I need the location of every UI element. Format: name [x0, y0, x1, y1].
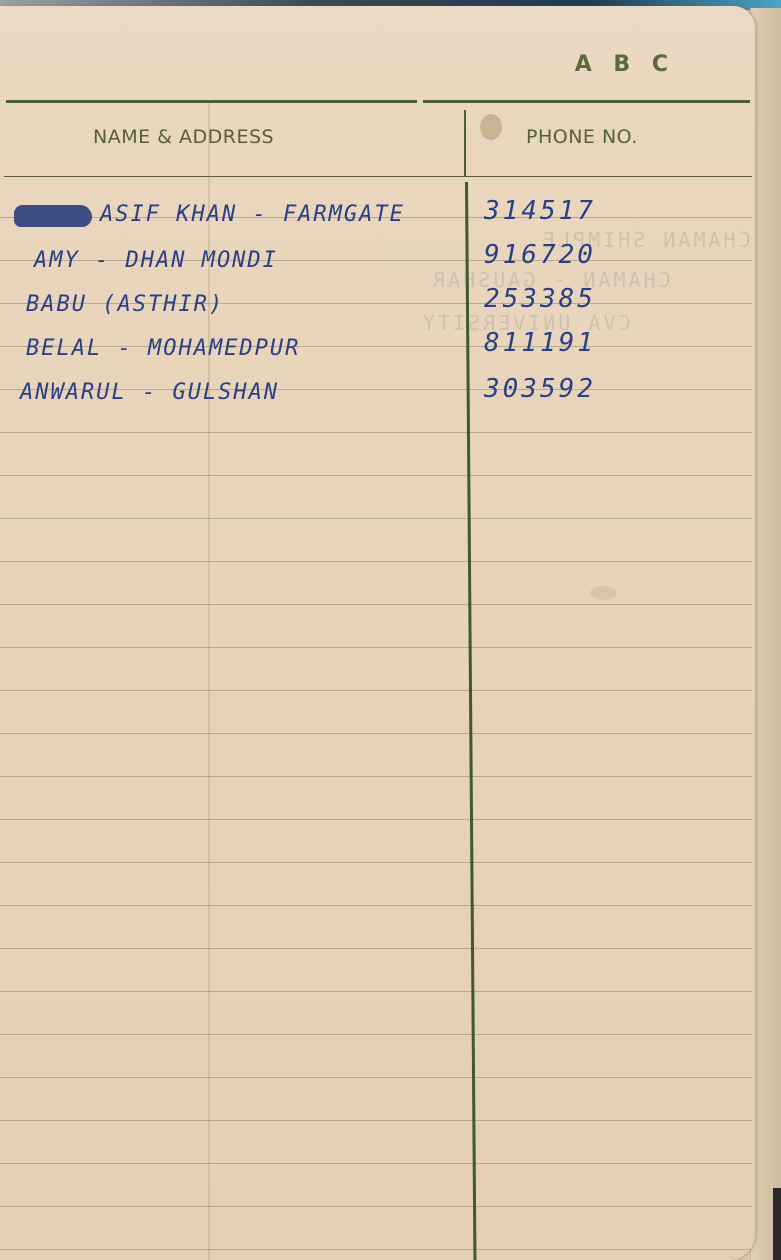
- entry-name: ASIF KHAN - FARMGATE: [100, 202, 405, 227]
- ruled-line: [0, 905, 752, 906]
- stain: [480, 114, 502, 140]
- stain: [590, 586, 616, 600]
- ruled-line: [0, 518, 752, 519]
- column-divider: [465, 182, 476, 1260]
- header-column-divider: [464, 110, 466, 176]
- entry-phone: 303592: [484, 374, 596, 404]
- entry-name: BABU (ASTHIR): [26, 292, 224, 317]
- entry-name: ANWARUL - GULSHAN: [20, 380, 279, 405]
- ruled-line: [0, 776, 752, 777]
- ruled-line: [0, 432, 752, 433]
- ruled-line: [0, 690, 752, 691]
- header-rule-right: [423, 100, 750, 103]
- entry-name: BELAL - MOHAMEDPUR: [26, 336, 300, 361]
- ruled-line: [0, 604, 752, 605]
- header-bottom-rule: [4, 176, 752, 177]
- entry-phone: 811191: [484, 328, 596, 358]
- ruled-line: [0, 1034, 752, 1035]
- entry-phone: 314517: [484, 196, 596, 226]
- column-header-name-address: NAME & ADDRESS: [93, 126, 274, 148]
- ruled-line: [0, 819, 752, 820]
- entry-phone: 916720: [484, 240, 596, 270]
- ruled-line: [0, 1206, 752, 1207]
- ruled-line: [0, 1163, 752, 1164]
- ruled-line: [0, 948, 752, 949]
- column-header-phone: PHONE NO.: [526, 126, 638, 148]
- ruled-line: [0, 1077, 752, 1078]
- address-book-page: A B C NAME & ADDRESS PHONE NO. CHAMAN SH…: [0, 6, 755, 1260]
- ruled-line: [0, 991, 752, 992]
- ruled-line: [0, 733, 752, 734]
- header-rule-left: [6, 100, 417, 103]
- ruled-line: [0, 475, 752, 476]
- ruled-line: [0, 862, 752, 863]
- scribbled-out-ink: [14, 205, 92, 227]
- index-tab-letters: A B C: [575, 52, 675, 77]
- entry-name: AMY - DHAN MONDI: [34, 248, 278, 273]
- ruled-line: [0, 561, 752, 562]
- entry-phone: 253385: [484, 284, 596, 314]
- ruled-line: [0, 1120, 752, 1121]
- ruled-line: [0, 1249, 752, 1250]
- ruled-line: [0, 647, 752, 648]
